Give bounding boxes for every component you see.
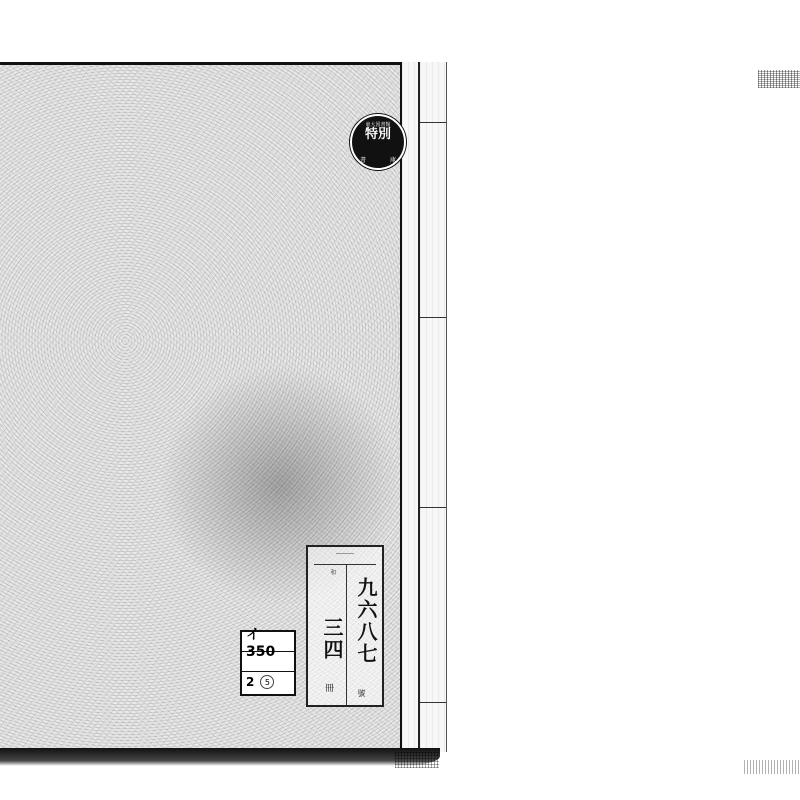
item-number-suffix: 號 [356,689,367,697]
binding-tie [420,122,446,123]
stamp-main-text: 特別 [352,128,404,141]
binding-tie [420,317,446,318]
call-number-row1: イ 350 [242,632,294,652]
binding-tie [420,507,446,508]
binding-tie [420,702,446,703]
volume-count: 三四 [318,617,347,661]
cover-bottom-shadow [0,748,440,766]
label-header: ――― [314,550,376,565]
scan-noise [744,760,800,774]
call-number-row3: 2 5 [242,672,294,692]
library-stamp: 東大図書館 特別 書 庫 [350,114,406,170]
call-number-label: イ 350 2 5 [240,630,296,696]
title-label: ――― 和 九六八七 號 三四 冊 [306,545,384,707]
volume-suffix: 冊 [322,683,335,692]
call-number-row2 [242,652,294,672]
scan-noise [395,752,439,768]
book-spine [400,62,447,752]
scan-noise [758,70,800,88]
label-note: 和 [328,569,337,575]
spine-fold-line [418,62,420,752]
circled-number: 5 [260,675,274,689]
item-number: 九六八七 [352,577,381,665]
stamp-sub-text: 書 庫 [360,155,396,164]
